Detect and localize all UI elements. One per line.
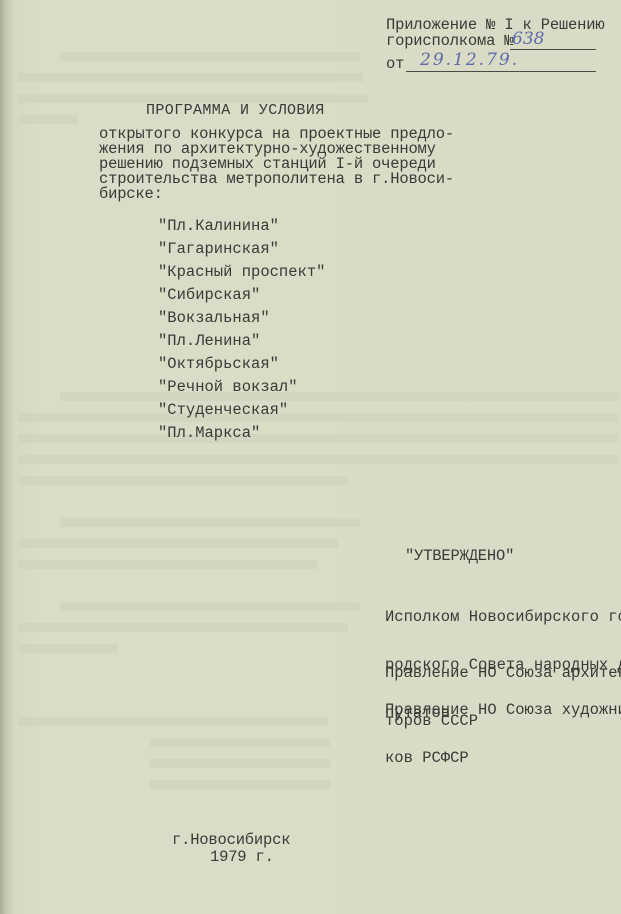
station-item: "Вокзальная" — [158, 309, 270, 327]
footer-year: 1979 г. — [210, 849, 274, 865]
decision-number-handwritten: 638 — [512, 29, 544, 49]
document-title: ПРОГРАММА И УСЛОВИЯ — [146, 103, 325, 119]
approval-line: Исполком Новосибирского го- — [385, 609, 621, 625]
station-item: "Пл.Ленина" — [158, 332, 260, 350]
station-item: "Студенческая" — [158, 401, 288, 419]
date-underline — [406, 71, 596, 72]
approval-heading: "УТВЕРЖДЕНО" — [405, 548, 514, 564]
station-item: "Пл.Калинина" — [158, 217, 279, 235]
document-page: Приложение № I к Решению горисполкома № … — [0, 0, 621, 914]
station-item: "Пл.Маркса" — [158, 424, 260, 442]
approval-body-artists-union: Правление НО Союза художни- ков РСФСР — [385, 670, 621, 798]
approval-line: ков РСФСР — [385, 750, 621, 766]
date-handwritten: 29.12.79. — [420, 50, 519, 70]
approval-line: Правление НО Союза художни- — [385, 702, 621, 718]
footer-city: г.Новосибирск — [172, 832, 290, 848]
station-item: "Гагаринская" — [158, 240, 279, 258]
station-item: "Красный проспект" — [158, 263, 325, 281]
appendix-line-3-label: от — [386, 56, 404, 72]
station-item: "Октябрьская" — [158, 355, 279, 373]
appendix-line-2-label: горисполкома № — [386, 33, 513, 49]
subtitle-line: бирске: — [99, 186, 163, 202]
station-item: "Сибирская" — [158, 286, 260, 304]
station-item: "Речной вокзал" — [158, 378, 298, 396]
appendix-line-1: Приложение № I к Решению — [386, 17, 604, 33]
decision-number-underline — [510, 49, 596, 50]
